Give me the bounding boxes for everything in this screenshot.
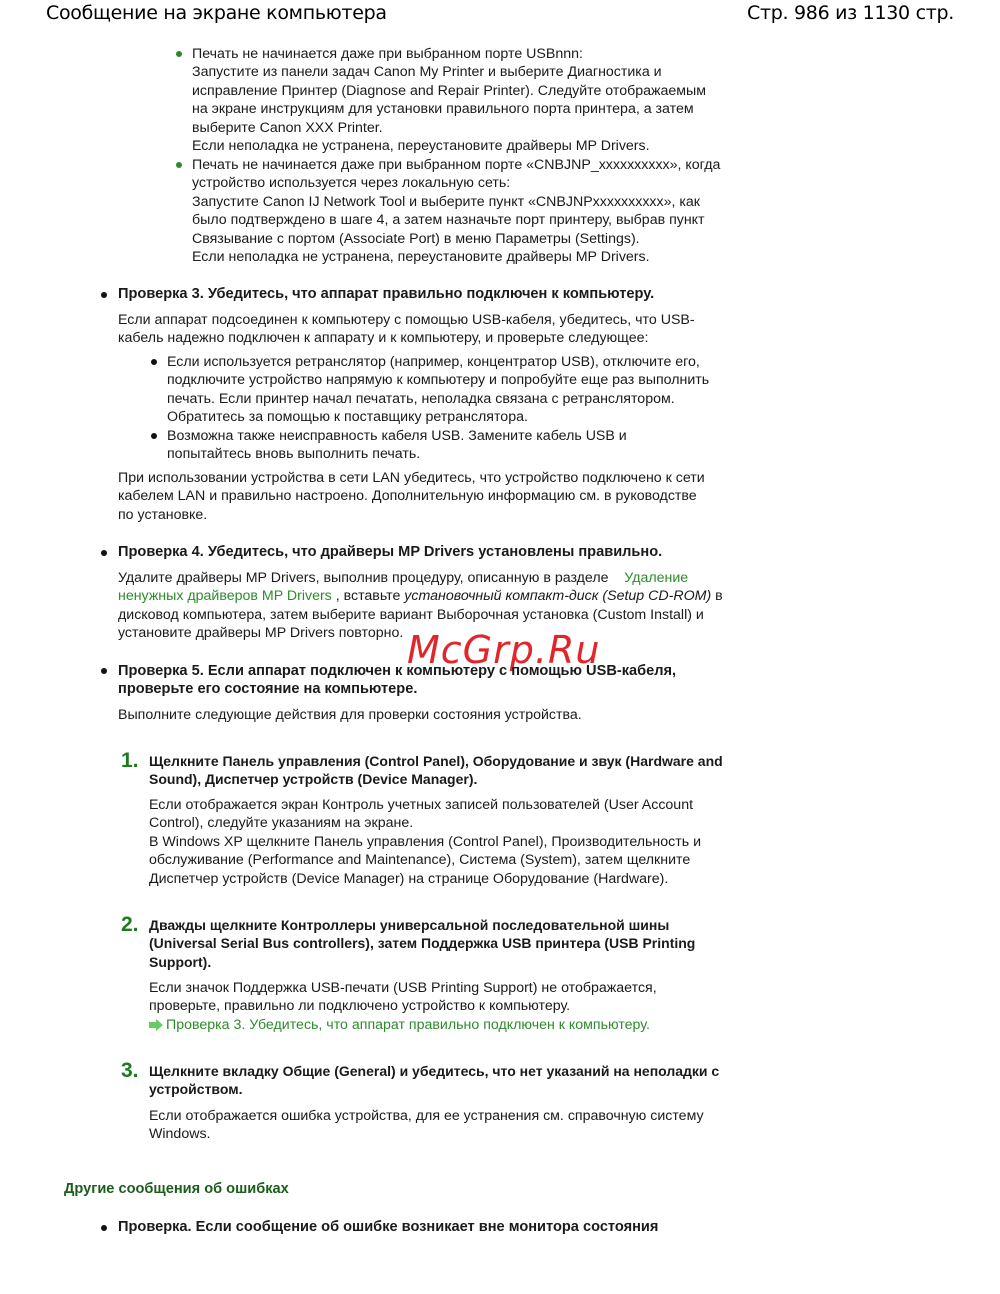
list-item: Печать не начинается даже при выбранном … [192, 156, 720, 266]
document-title: Сообщение на экране компьютера [46, 2, 387, 24]
bullet-icon [101, 292, 107, 298]
list-item: Возможна также неисправность кабеля USB.… [167, 427, 627, 464]
step-number: 2. [121, 913, 139, 937]
step-title: Щелкните Панель управления (Control Pane… [149, 752, 723, 789]
step-title: Щелкните вкладку Общие (General) и убеди… [149, 1062, 719, 1099]
check3-intro: Если аппарат подсоединен к компьютеру с … [118, 311, 695, 348]
step-body: Если отображается ошибка устройства, для… [149, 1107, 704, 1144]
other-errors-bullet: Проверка. Если сообщение об ошибке возни… [118, 1218, 658, 1236]
bullet-icon [151, 433, 157, 439]
bullet-icon [176, 162, 182, 168]
check3-link[interactable]: Проверка 3. Убедитесь, что аппарат прави… [166, 1017, 650, 1033]
page-indicator: Стр. 986 из 1130 стр. [747, 2, 954, 24]
uninstall-drivers-link[interactable]: Удаление [624, 570, 688, 586]
check5-intro: Выполните следующие действия для проверк… [118, 706, 582, 724]
check4-heading: Проверка 4. Убедитесь, что драйверы MP D… [118, 543, 662, 561]
step-number: 1. [121, 749, 139, 773]
check5-heading: Проверка 5. Если аппарат подключен к ком… [118, 662, 676, 699]
bullet-icon [176, 51, 182, 57]
bullet-icon [101, 668, 107, 674]
step-number: 3. [121, 1059, 139, 1083]
lan-note: При использовании устройства в сети LAN … [118, 469, 705, 524]
uninstall-drivers-link-cont[interactable]: ненужных драйверов MP Drivers [118, 588, 332, 604]
bullet-icon [151, 359, 157, 365]
step-body: Если отображается экран Контроль учетных… [149, 796, 701, 888]
bullet-icon [101, 550, 107, 556]
bullet-icon [101, 1225, 107, 1231]
step-body: Если значок Поддержка USB-печати (USB Pr… [149, 979, 657, 1034]
check3-heading: Проверка 3. Убедитесь, что аппарат прави… [118, 285, 654, 303]
list-item: Если используется ретранслятор (например… [167, 353, 709, 427]
section-heading: Другие сообщения об ошибках [64, 1181, 289, 1197]
list-item: Печать не начинается даже при выбранном … [192, 45, 706, 155]
step-title: Дважды щелкните Контроллеры универсально… [149, 916, 695, 971]
